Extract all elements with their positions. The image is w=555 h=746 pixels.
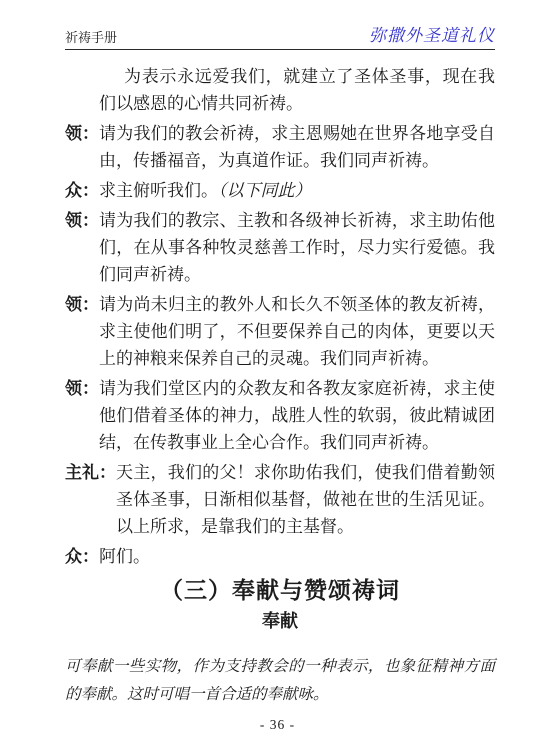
speaker-label: 众： <box>65 543 99 570</box>
congregation-paragraph: 众： 阿们。 <box>65 543 495 570</box>
page-header: 祈祷手册 弥撒外圣道礼仪 <box>65 26 495 50</box>
continuation-paragraph: 为表示永远爱我们，就建立了圣体圣事，现在我们以感恩的心情共同祈祷。 <box>99 63 495 117</box>
paragraph-text: 请为我们的教宗、主教和各级神长祈祷，求主助佑他们，在从事各种牧灵慈善工作时，尽力… <box>99 207 495 288</box>
congregation-paragraph: 众： 求主俯听我们。（以下同此） <box>65 177 495 204</box>
paragraph-text: 请为尚未归主的教外人和长久不领圣体的教友祈祷，求主使他们明了，不但要保养自己的肉… <box>99 291 495 372</box>
paragraph-text: 请为我们的教会祈祷，求主恩赐她在世界各地享受自由，传播福音，为真道作证。我们同声… <box>99 120 495 174</box>
header-chapter-title: 弥撒外圣道礼仪 <box>369 26 495 46</box>
page-body: 为表示永远爱我们，就建立了圣体圣事，现在我们以感恩的心情共同祈祷。 领： 请为我… <box>65 63 495 709</box>
speaker-label: 领： <box>65 291 99 372</box>
paragraph-text: 阿们。 <box>99 543 495 570</box>
section-heading: （三）奉献与赞颂祷词 <box>65 576 495 604</box>
paragraph-text: 为表示永远爱我们，就建立了圣体圣事，现在我们以感恩的心情共同祈祷。 <box>99 63 495 117</box>
leader-paragraph: 领： 请为尚未归主的教外人和长久不领圣体的教友祈祷，求主使他们明了，不但要保养自… <box>65 291 495 372</box>
speaker-label: 众： <box>65 177 99 204</box>
leader-paragraph: 领： 请为我们堂区内的众教友和各教友家庭祈祷，求主使他们借着圣体的神力，战胜人性… <box>65 375 495 456</box>
header-book-title: 祈祷手册 <box>65 29 117 46</box>
leader-paragraph: 领： 请为我们的教会祈祷，求主恩赐她在世界各地享受自由，传播福音，为真道作证。我… <box>65 120 495 174</box>
speaker-label: 领： <box>65 375 99 456</box>
document-page: 祈祷手册 弥撒外圣道礼仪 为表示永远爱我们，就建立了圣体圣事，现在我们以感恩的心… <box>0 0 555 746</box>
inline-rubric-note: （以下同此） <box>218 181 312 200</box>
speaker-label: 领： <box>65 120 99 174</box>
subsection-heading: 奉献 <box>65 609 495 633</box>
paragraph-text: 请为我们堂区内的众教友和各教友家庭祈祷，求主使他们借着圣体的神力，战胜人性的软弱… <box>99 375 495 456</box>
paragraph-text: 天主，我们的父！求你助佑我们，使我们借着勤领圣体圣事，日渐相似基督，做祂在世的生… <box>116 459 495 540</box>
rubric-note: 可奉献一些实物，作为支持教会的一种表示，也象征精神方面的奉献。这时可唱一首合适的… <box>65 653 495 709</box>
response-text: 求主俯听我们。 <box>99 181 218 200</box>
celebrant-paragraph: 主礼： 天主，我们的父！求你助佑我们，使我们借着勤领圣体圣事，日渐相似基督，做祂… <box>65 459 495 540</box>
leader-paragraph: 领： 请为我们的教宗、主教和各级神长祈祷，求主助佑他们，在从事各种牧灵慈善工作时… <box>65 207 495 288</box>
paragraph-text: 求主俯听我们。（以下同此） <box>99 177 495 204</box>
speaker-label: 主礼： <box>65 459 116 540</box>
page-number: - 36 - <box>0 717 555 733</box>
speaker-label: 领： <box>65 207 99 288</box>
